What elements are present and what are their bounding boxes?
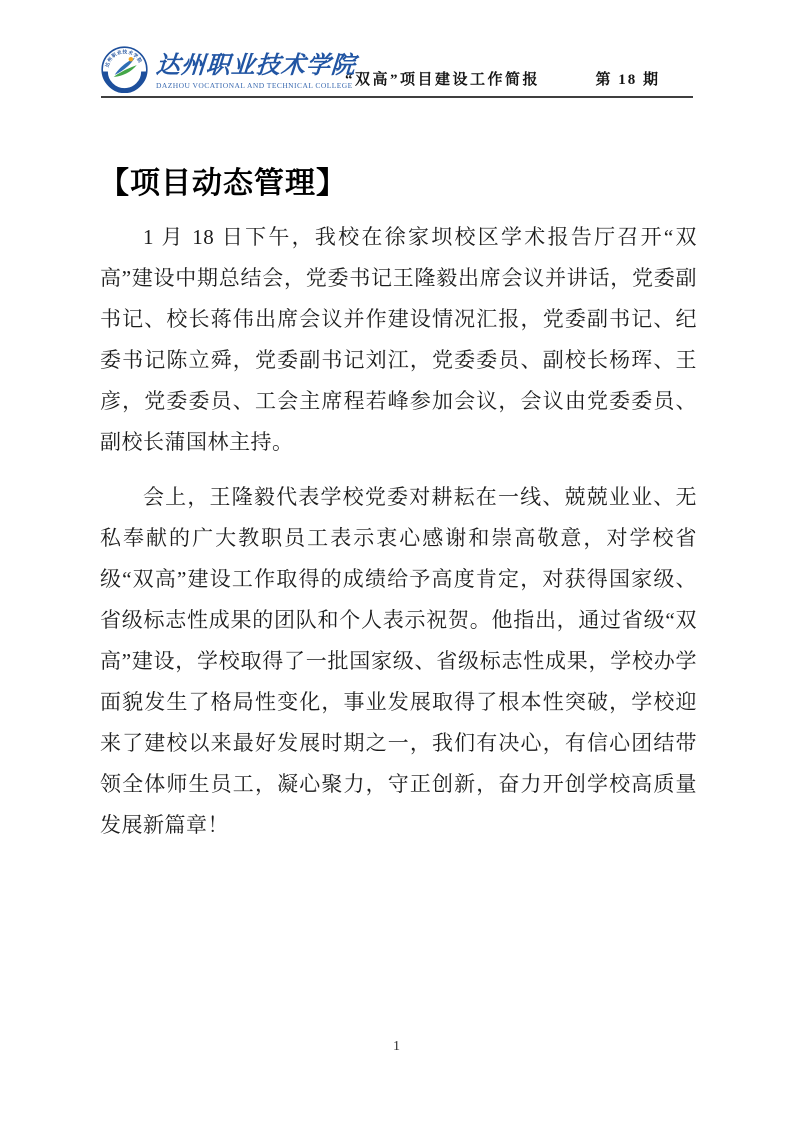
bulletin-title: “双高”项目建设工作简报 <box>345 68 540 89</box>
body-paragraph: 1 月 18 日下午，我校在徐家坝校区学术报告厅召开“双高”建设中期总结会，党委… <box>100 217 697 463</box>
page-number: 1 <box>0 1039 793 1055</box>
document-page: 达州职业技术学院 达州职业技术学院 DAZHOU VOCATIONAL AND … <box>0 0 793 1122</box>
college-name-block: 达州职业技术学院 DAZHOU VOCATIONAL AND TECHNICAL… <box>156 53 356 93</box>
section-title: 【项目动态管理】 <box>99 158 347 202</box>
article-body: 1 月 18 日下午，我校在徐家坝校区学术报告厅召开“双高”建设中期总结会，党委… <box>100 217 697 860</box>
page-header: 达州职业技术学院 达州职业技术学院 DAZHOU VOCATIONAL AND … <box>101 40 693 98</box>
body-paragraph: 会上，王隆毅代表学校党委对耕耘在一线、兢兢业业、无私奉献的广大教职员工表示衷心感… <box>100 477 697 846</box>
issue-number: 第 18 期 <box>595 68 660 89</box>
college-logo-block: 达州职业技术学院 达州职业技术学院 DAZHOU VOCATIONAL AND … <box>101 46 356 93</box>
college-name-chinese: 达州职业技术学院 <box>155 53 357 79</box>
college-logo-icon: 达州职业技术学院 <box>101 46 148 93</box>
college-name-english: DAZHOU VOCATIONAL AND TECHNICAL COLLEGE <box>156 81 356 90</box>
